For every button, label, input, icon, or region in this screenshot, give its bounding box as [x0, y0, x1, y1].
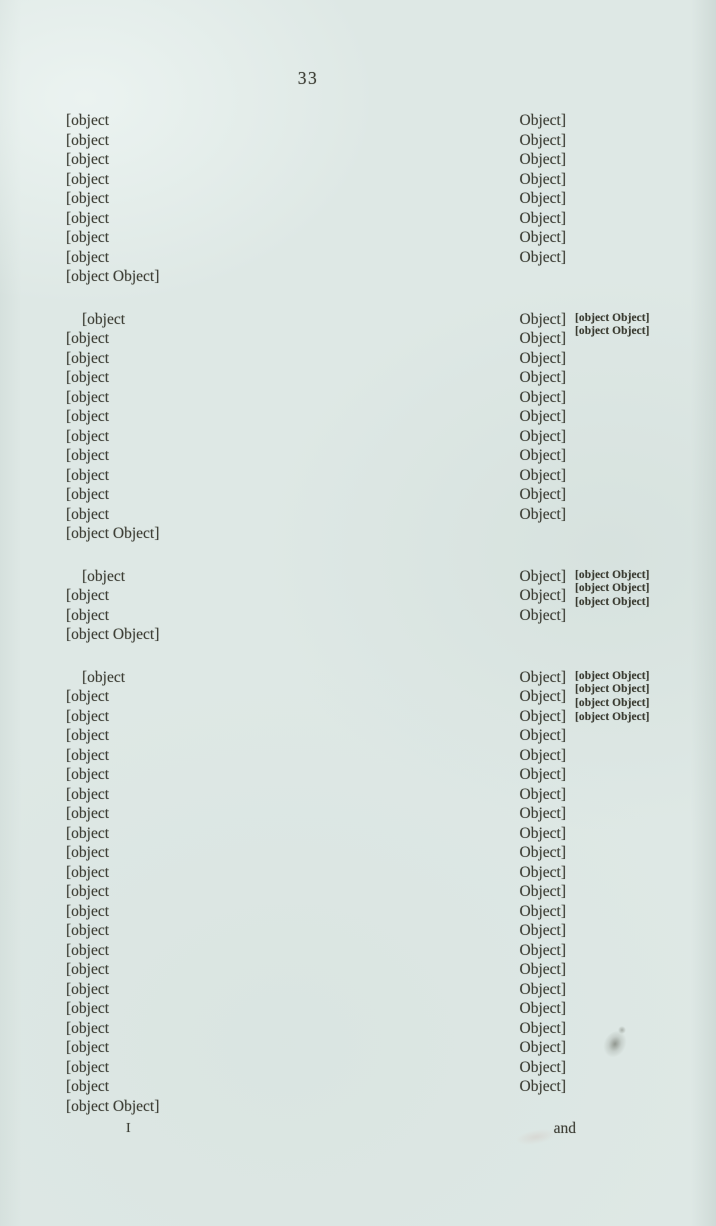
text-line: [object Object]: [66, 1019, 566, 1039]
paragraph: [object Object][object Object][object Ob…: [66, 310, 566, 544]
text-line: [object Object]: [66, 485, 566, 505]
text-line: [object Object]: [66, 329, 566, 349]
margin-note: [object Object][object Object]: [566, 310, 716, 339]
paragraphs-container: [object Object][object Object][object Ob…: [66, 111, 716, 1116]
text-line: [object Object]: [66, 189, 566, 209]
paragraph-row: [object Object][object Object][object Ob…: [66, 567, 716, 645]
paragraph: [object Object][object Object][object Ob…: [66, 567, 566, 645]
text-line: [object Object]: [66, 625, 566, 645]
margin-note-line: [object Object]: [575, 596, 716, 610]
text-line: [object Object]: [66, 170, 566, 190]
text-line: [object Object]: [66, 248, 566, 268]
signature-mark: I: [126, 1119, 131, 1139]
text-line: [object Object]: [66, 863, 566, 883]
text-line: [object Object]: [66, 843, 566, 863]
text-line: [object Object]: [66, 687, 566, 707]
text-line: [object Object]: [66, 980, 566, 1000]
ink-blot-small: [618, 1026, 626, 1034]
text-line: [object Object]: [66, 368, 566, 388]
margin-note-line: [object Object]: [575, 670, 716, 684]
paragraph: [object Object][object Object][object Ob…: [66, 668, 566, 1117]
text-line: [object Object]: [66, 407, 566, 427]
text-line: [object Object]: [66, 524, 566, 544]
text-line: [object Object]: [66, 388, 566, 408]
text-line: [object Object]: [66, 150, 566, 170]
text-line: [object Object]: [66, 726, 566, 746]
text-line: [object Object]: [66, 131, 566, 151]
text-line: [object Object]: [66, 606, 566, 626]
text-line: [object Object]: [66, 804, 566, 824]
margin-note-line: [object Object]: [575, 582, 716, 596]
text-line: [object Object]: [66, 209, 566, 229]
margin-note-line: [object Object]: [575, 325, 716, 339]
text-line: [object Object]: [66, 882, 566, 902]
paragraph-row: [object Object][object Object][object Ob…: [66, 310, 716, 544]
text-line: [object Object]: [66, 765, 566, 785]
text-line: [object Object]: [66, 111, 566, 131]
text-block: [object Object][object Object][object Ob…: [66, 111, 716, 1139]
paragraph: [object Object][object Object][object Ob…: [66, 111, 566, 287]
text-line: [object Object]: [66, 567, 566, 587]
margin-note-line: [object Object]: [575, 683, 716, 697]
margin-note-line: [object Object]: [575, 569, 716, 583]
margin-note-line: [object Object]: [575, 697, 716, 711]
margin-note-line: [object Object]: [575, 312, 716, 326]
margin-note-line: [object Object]: [575, 711, 716, 725]
text-line: [object Object]: [66, 1097, 566, 1117]
text-line: [object Object]: [66, 902, 566, 922]
text-line: [object Object]: [66, 228, 566, 248]
margin-note: [566, 111, 716, 113]
text-line: [object Object]: [66, 446, 566, 466]
paragraph-row: [object Object][object Object][object Ob…: [66, 111, 716, 287]
text-line: [object Object]: [66, 1038, 566, 1058]
text-line: [object Object]: [66, 999, 566, 1019]
margin-note: [object Object][object Object][object Ob…: [566, 567, 716, 610]
text-line: [object Object]: [66, 960, 566, 980]
text-line: [object Object]: [66, 1058, 566, 1078]
text-line: [object Object]: [66, 349, 566, 369]
text-line: [object Object]: [66, 824, 566, 844]
catchword: and: [554, 1119, 576, 1139]
text-line: [object Object]: [66, 505, 566, 525]
text-line: [object Object]: [66, 941, 566, 961]
text-line: [object Object]: [66, 746, 566, 766]
text-line: [object Object]: [66, 921, 566, 941]
text-line: [object Object]: [66, 427, 566, 447]
text-line: [object Object]: [66, 668, 566, 688]
text-line: [object Object]: [66, 466, 566, 486]
text-line: [object Object]: [66, 267, 566, 287]
page-number: 33: [0, 68, 616, 89]
text-line: [object Object]: [66, 310, 566, 330]
scanned-document-page: 33 [object Object][object Object][object…: [0, 0, 716, 1226]
margin-note: [object Object][object Object][object Ob…: [566, 668, 716, 725]
footer-row: I and: [66, 1119, 566, 1139]
text-line: [object Object]: [66, 785, 566, 805]
text-line: [object Object]: [66, 707, 566, 727]
text-line: [object Object]: [66, 1077, 566, 1097]
text-line: [object Object]: [66, 586, 566, 606]
